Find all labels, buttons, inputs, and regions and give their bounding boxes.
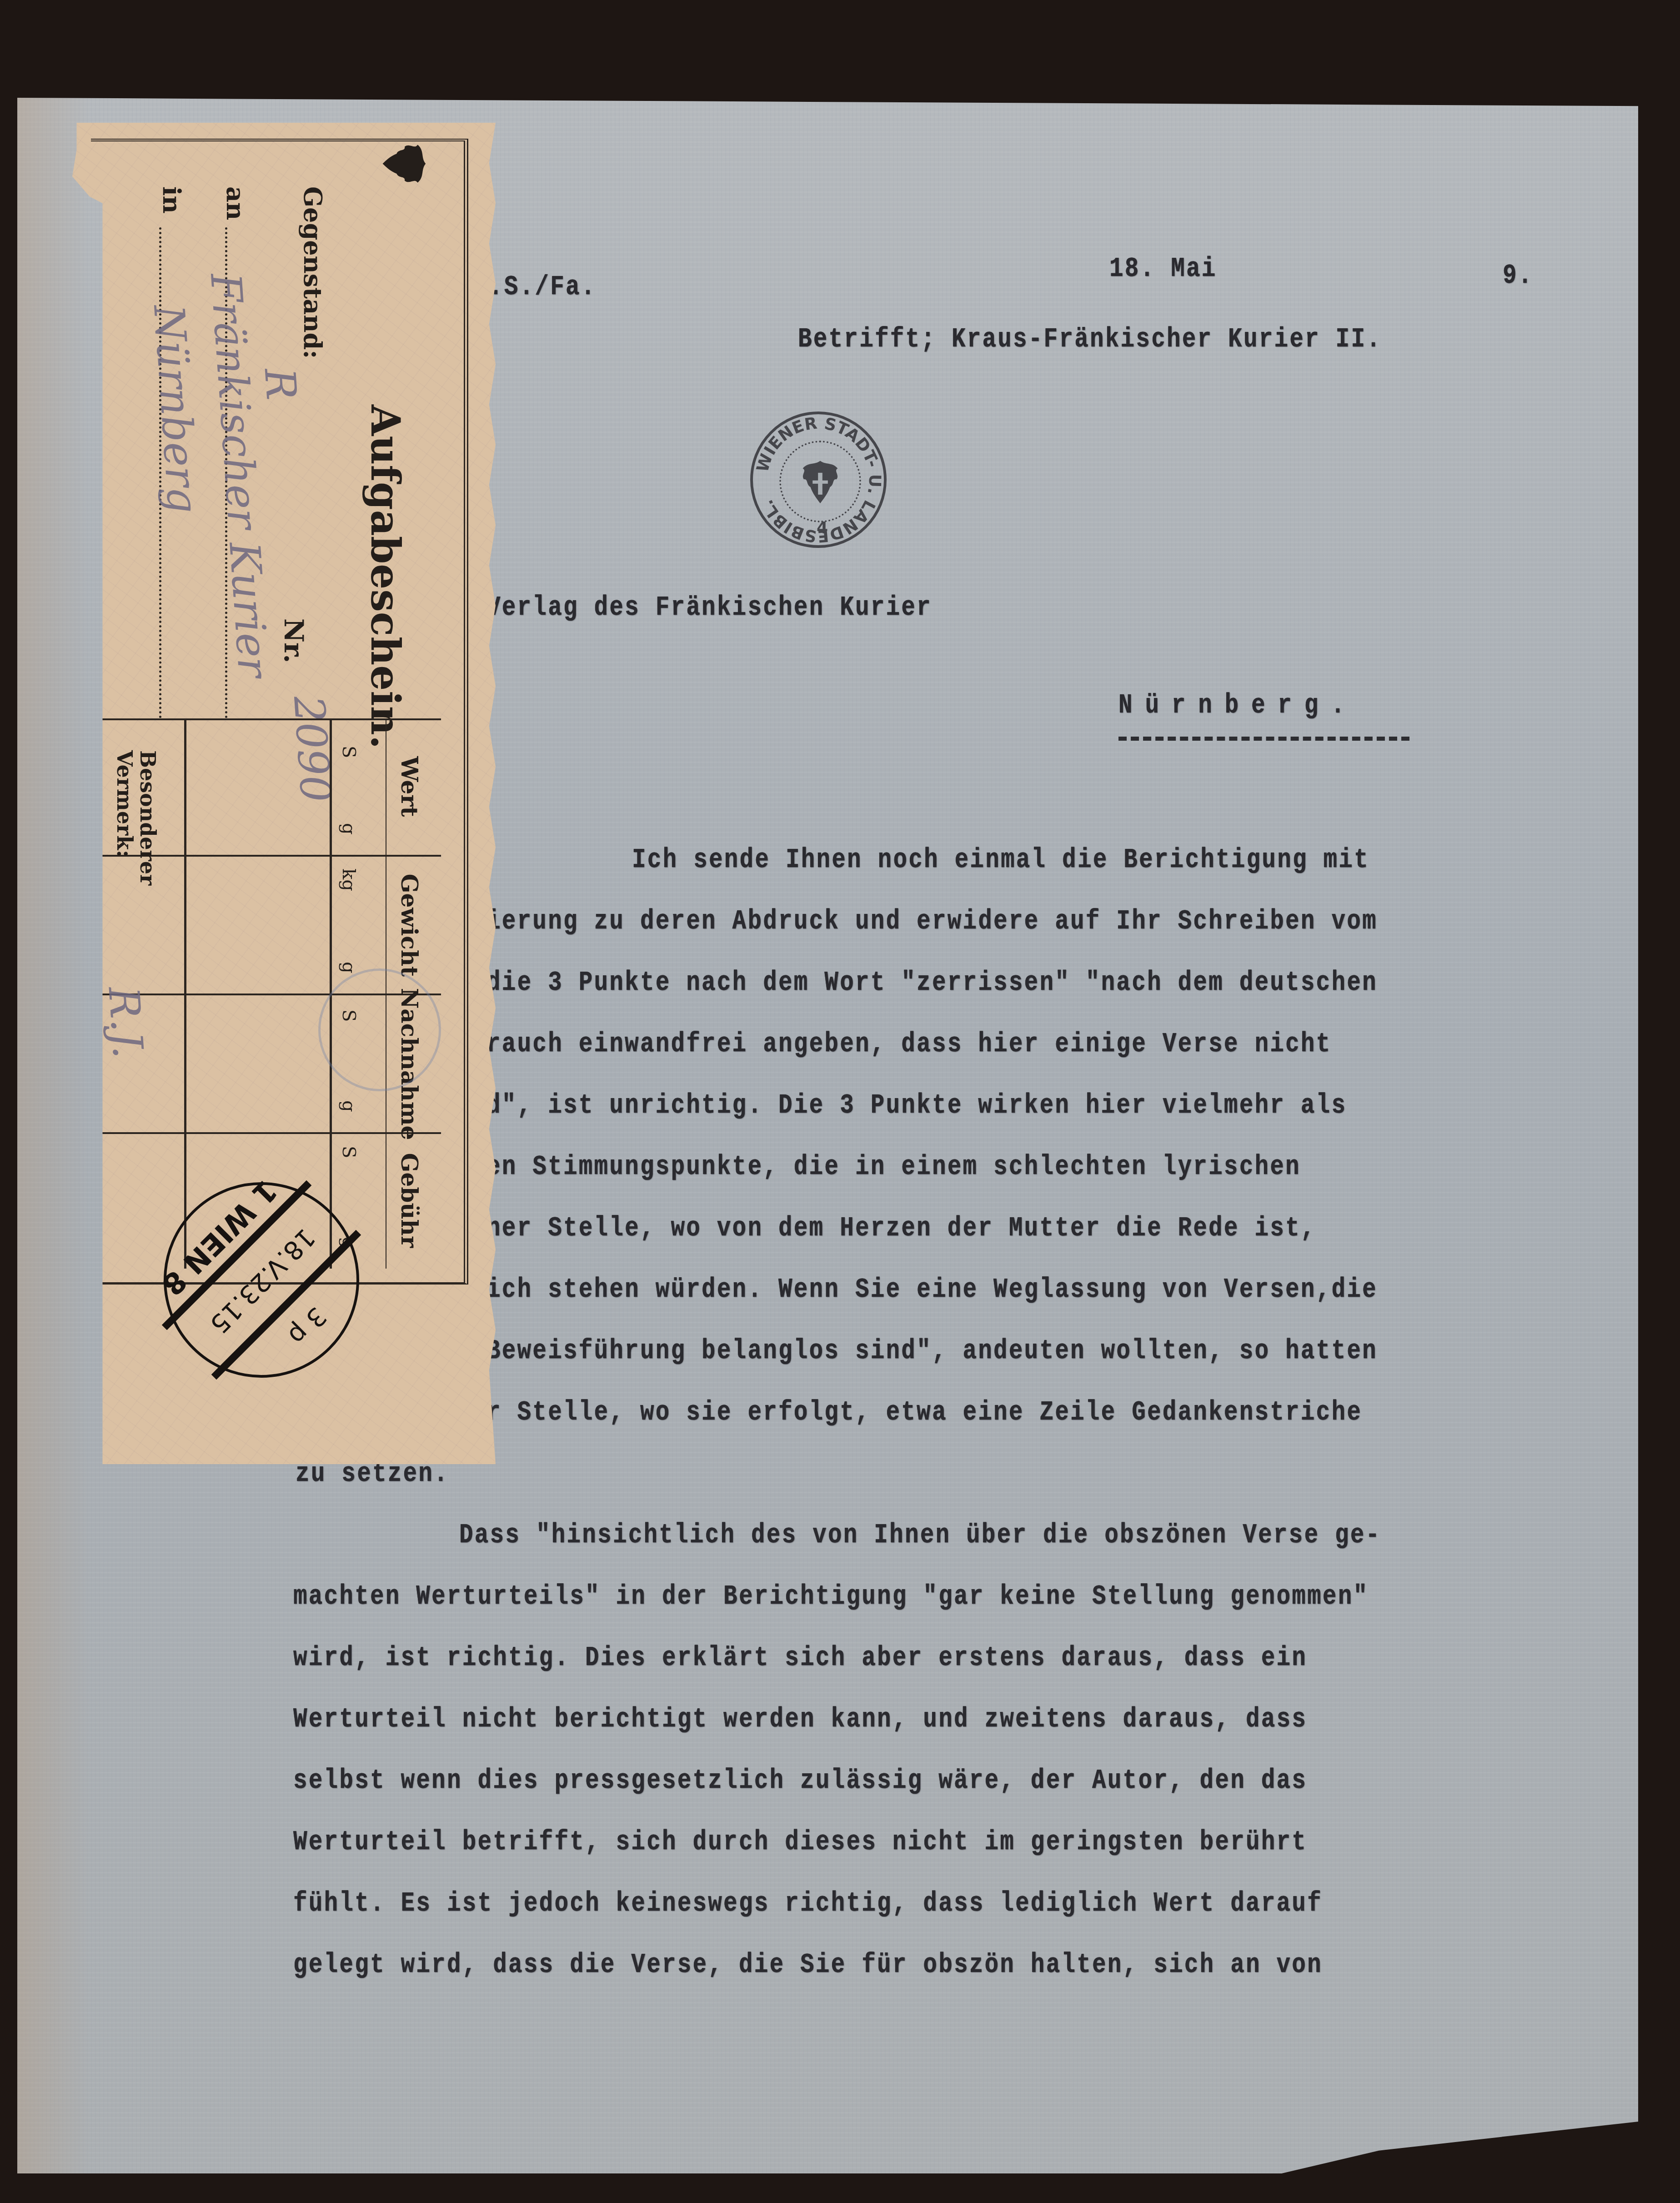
body-line: Beweisführung belanglos sind", andeuten … <box>486 1337 1378 1365</box>
body-line: d", ist unrichtig. Die 3 Punkte wirken h… <box>486 1091 1347 1119</box>
unit-label: S <box>338 746 359 758</box>
body-line: rauch einwandfrei angeben, dass hier ein… <box>486 1030 1331 1058</box>
col-header-gewicht: Gewicht <box>396 874 423 977</box>
recipient-city: Nürnberg. <box>1118 691 1358 719</box>
faint-stamp-mark <box>318 969 441 1091</box>
body-line: en Stimmungspunkte, die in einem schlech… <box>486 1153 1301 1181</box>
body-line: r Stelle, wo sie erfolgt, etwa eine Zeil… <box>486 1398 1362 1426</box>
unit-label: g <box>338 962 359 974</box>
body-line: wird, ist richtig. Dies erklärt sich abe… <box>293 1644 1307 1672</box>
slip-nr-label: Nr. <box>278 618 309 663</box>
body-line: Ich sende Ihnen noch einmal die Berichti… <box>632 846 1369 874</box>
reference-code: .S./Fa. <box>489 273 597 301</box>
eagle-coat-of-arms-icon <box>380 136 430 191</box>
slip-value-item: R <box>255 366 306 401</box>
table-border <box>64 718 441 720</box>
subject-line: Betrifft; Kraus-Fränkischer Kurier II. <box>798 325 1382 353</box>
body-line: gelegt wird, dass die Verse, die Sie für… <box>293 1951 1323 1979</box>
body-line: Werturteil betrifft, sich durch dieses n… <box>293 1828 1307 1856</box>
table-border <box>64 1132 441 1134</box>
slip-label-to: an <box>221 186 250 220</box>
slip-remarks-value: R.J. <box>99 985 153 1060</box>
body-line: selbst wenn dies pressgesetzlich zulässi… <box>293 1766 1307 1795</box>
unit-label: S <box>338 1146 359 1158</box>
unit-label: g <box>338 1100 359 1112</box>
col-header-gebuehr: Gebühr <box>396 1153 423 1248</box>
body-line: machten Werturteils" in der Berichtigung… <box>293 1582 1369 1611</box>
col-header-wert: Wert <box>396 756 423 817</box>
eagle-coat-of-arms-icon <box>793 454 848 509</box>
body-line: ner Stelle, wo von dem Herzen der Mutter… <box>486 1214 1316 1242</box>
body-line: die 3 Punkte nach dem Wort "zerrissen" "… <box>486 969 1378 997</box>
unit-label: g <box>338 823 359 835</box>
recipient-name: Verlag des Fränkischen Kurier <box>486 593 932 622</box>
slip-remarks-label: Besonderer Vermerk: <box>113 750 159 887</box>
slip-value-to: Fränkischer Kurier <box>201 271 278 679</box>
slip-label-in: in <box>157 186 186 214</box>
slip-value-in: Nürnberg <box>144 303 207 515</box>
city-underline <box>1118 737 1409 741</box>
body-line: ierung zu deren Abdruck und erwidere auf… <box>486 907 1378 935</box>
slip-title: Aufgabeschein. <box>362 405 409 749</box>
letter-date: 18. Mai <box>1109 255 1217 283</box>
body-line: Dass "hinsichtlich des von Ihnen über di… <box>459 1521 1381 1549</box>
library-stamp: WIENER STADT- U. LANDESBIBL. 4 <box>750 411 887 548</box>
body-line: ich stehen würden. Wenn Sie eine Weglass… <box>486 1275 1378 1304</box>
body-line: fühlt. Es ist jedoch keineswegs richtig,… <box>293 1889 1323 1917</box>
body-line: Werturteil nicht berichtigt werden kann,… <box>293 1705 1307 1733</box>
letter-year: 9. <box>1503 261 1534 290</box>
slip-content: Aufgabeschein. Nr. 2090 Gegenstand: R an… <box>64 123 441 1269</box>
unit-label: kg <box>338 868 359 891</box>
slip-label-item: Gegenstand: <box>298 186 327 359</box>
